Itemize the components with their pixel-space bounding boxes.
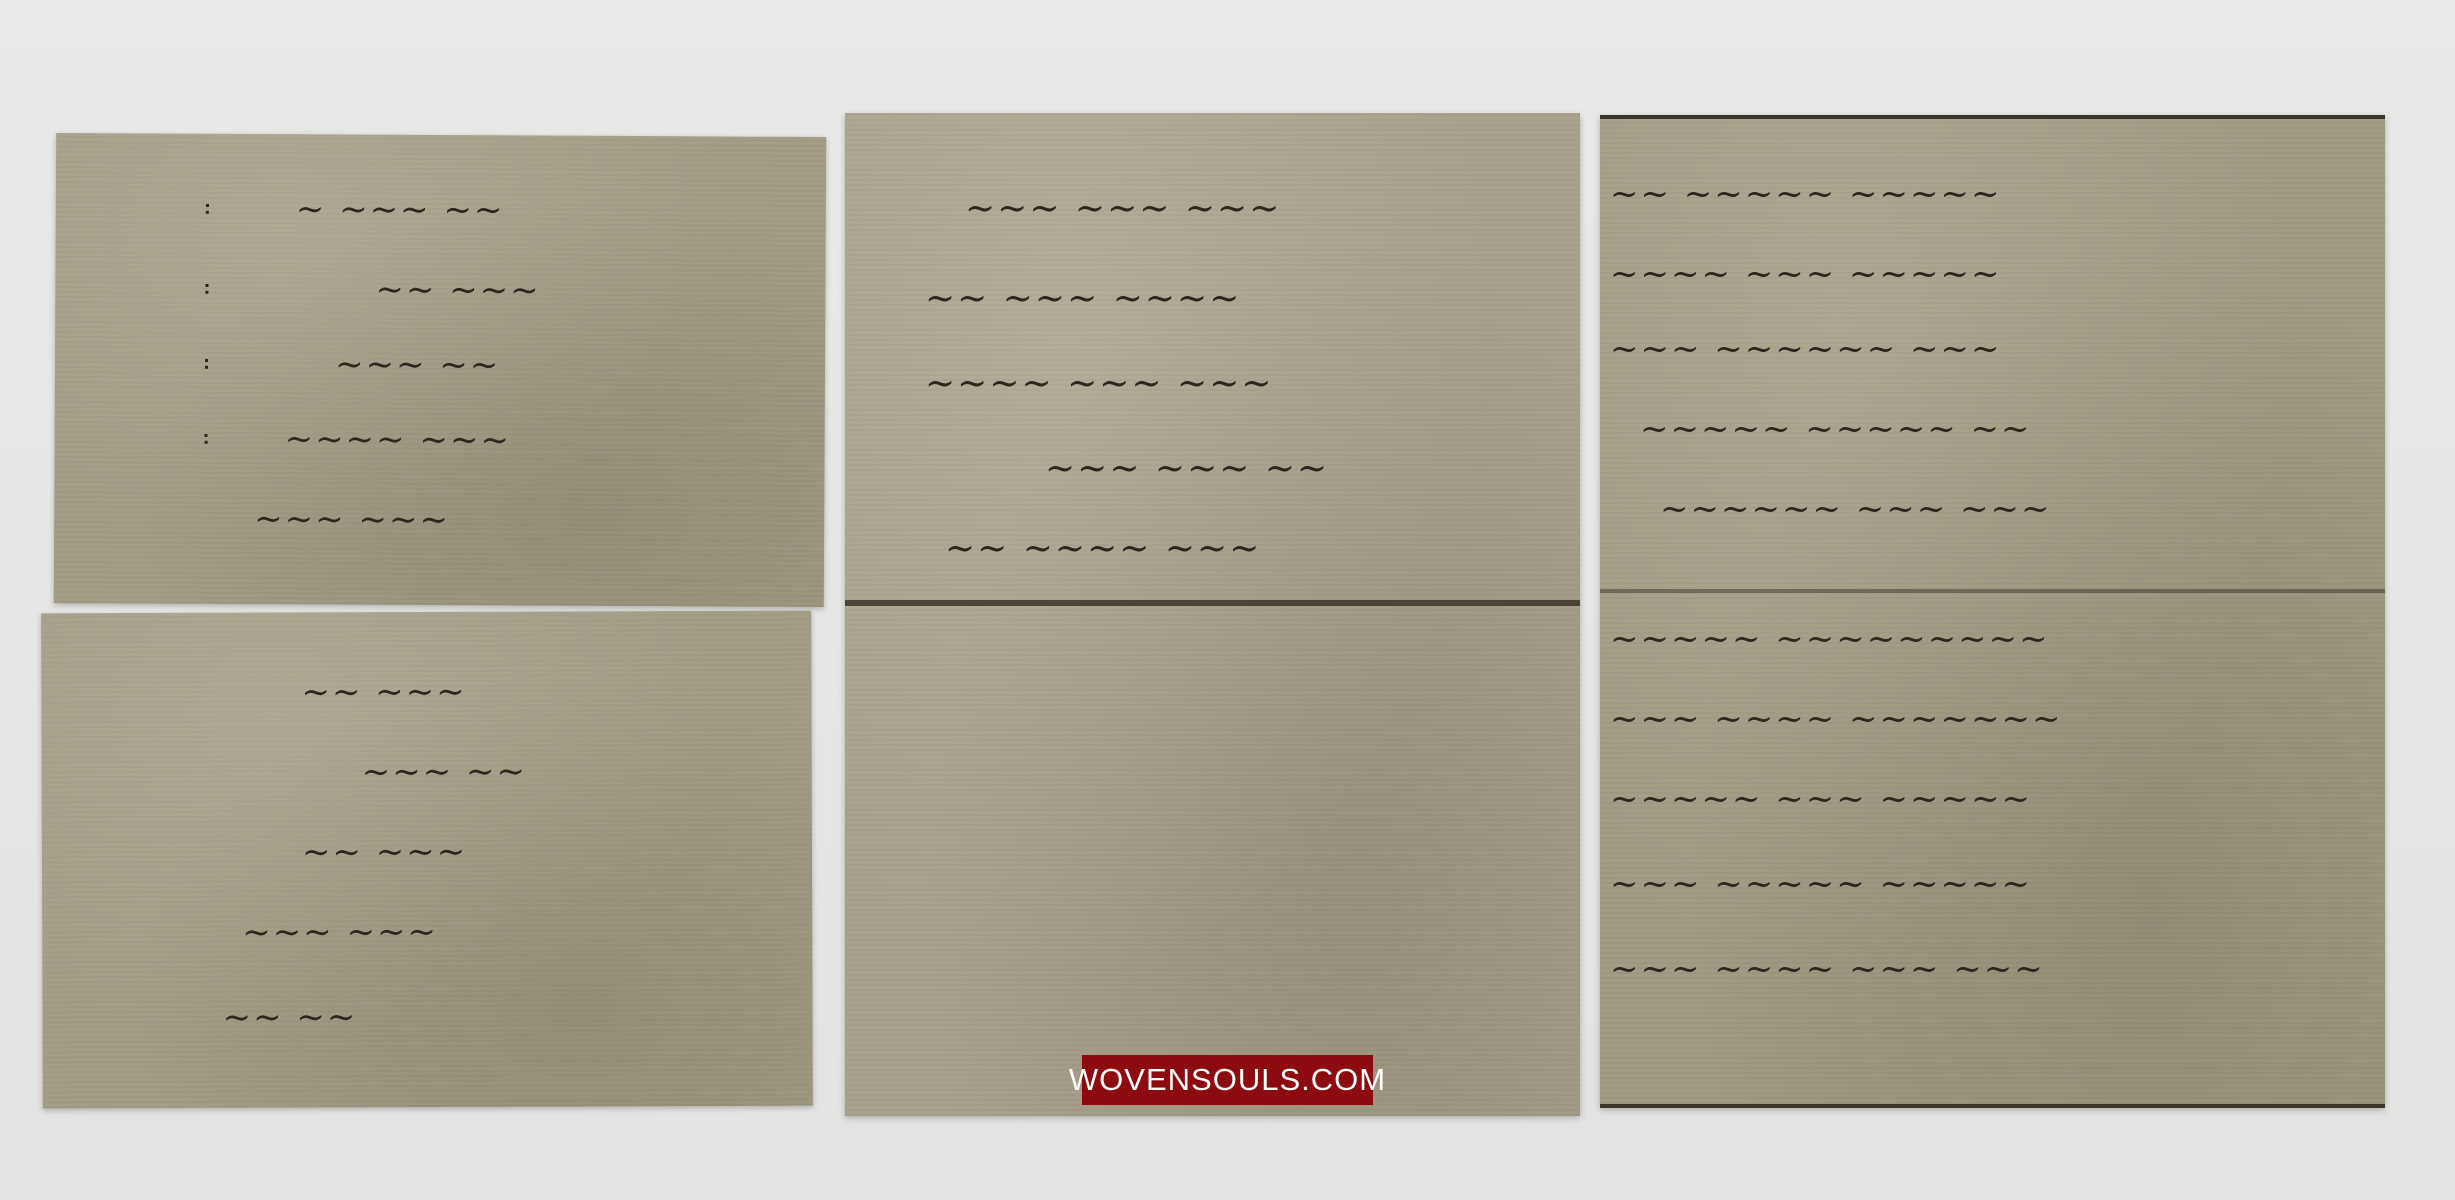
script-line: ~~~ ~~~ ~~ [1045,448,1329,489]
bullet-mark [205,284,214,294]
script-line: ~ ~~~ ~~ [296,189,505,230]
script-line: ~~~ ~~~ ~~~ [965,188,1281,229]
script-line: ~~ ~~~~ ~~~ [945,528,1261,569]
script-line: ~~ ~~ [222,997,357,1037]
left-page-bottom: ~~ ~~~ ~~~ ~~ ~~ ~~~ ~~~ ~~~ ~~ ~~ [41,611,813,1109]
left-page-top: ~ ~~~ ~~ ~~ ~~~ ~~~ ~~ ~~~~ ~~~ ~~~ ~~~ [54,133,826,607]
script-line: ~~~ ~~ [335,344,500,385]
script-line: ~~~~ ~~~ ~~~ [925,363,1274,404]
right-page: ~~ ~~~~~ ~~~~~ ~~~~ ~~~ ~~~~~ ~~~ ~~~~~~… [1600,115,2385,1108]
script-line: ~~~~ ~~~ ~~~~~ [1610,254,2001,294]
script-line: ~~~ ~~ [362,752,527,793]
script-line: ~~~~~~ ~~~ ~~~ [1660,489,2051,529]
script-line: ~~ ~~~ [375,270,540,311]
script-line: ~~~ ~~~~ ~~~~~~~ [1610,699,2062,739]
fold-line [1600,589,2385,593]
script-line: ~~ ~~~ [302,832,467,873]
script-line: ~~~ ~~~~ ~~~ ~~~ [1610,949,2045,989]
script-line: ~~ ~~~ [301,672,466,713]
script-line: ~~~ ~~~~~~ ~~~ [1610,329,2001,369]
script-line: ~~~ ~~~ [242,912,438,953]
script-line: ~~~~~ ~~~ ~~~~~ [1610,779,2032,819]
script-line: ~~~~~ ~~~~~ ~~ [1640,409,2031,449]
script-line: ~~~~ ~~~ [285,419,511,460]
watermark: WOVENSOULS.COM [1082,1055,1373,1105]
script-line: ~~ ~~~ ~~~~ [925,278,1241,319]
script-line: ~~ ~~~~~ ~~~~~ [1610,174,2001,214]
bullet-mark [205,434,214,444]
fold-line [845,600,1580,606]
script-line: ~~~ ~~~~~ ~~~~~ [1610,864,2032,904]
bullet-mark [206,204,215,214]
middle-page: ~~~ ~~~ ~~~ ~~ ~~~ ~~~~ ~~~~ ~~~ ~~~ ~~~… [845,113,1580,1116]
script-line: ~~~ ~~~ [254,499,450,540]
script-line: ~~~~~ ~~~~~~~~~ [1610,619,2050,659]
bullet-mark [205,359,214,369]
